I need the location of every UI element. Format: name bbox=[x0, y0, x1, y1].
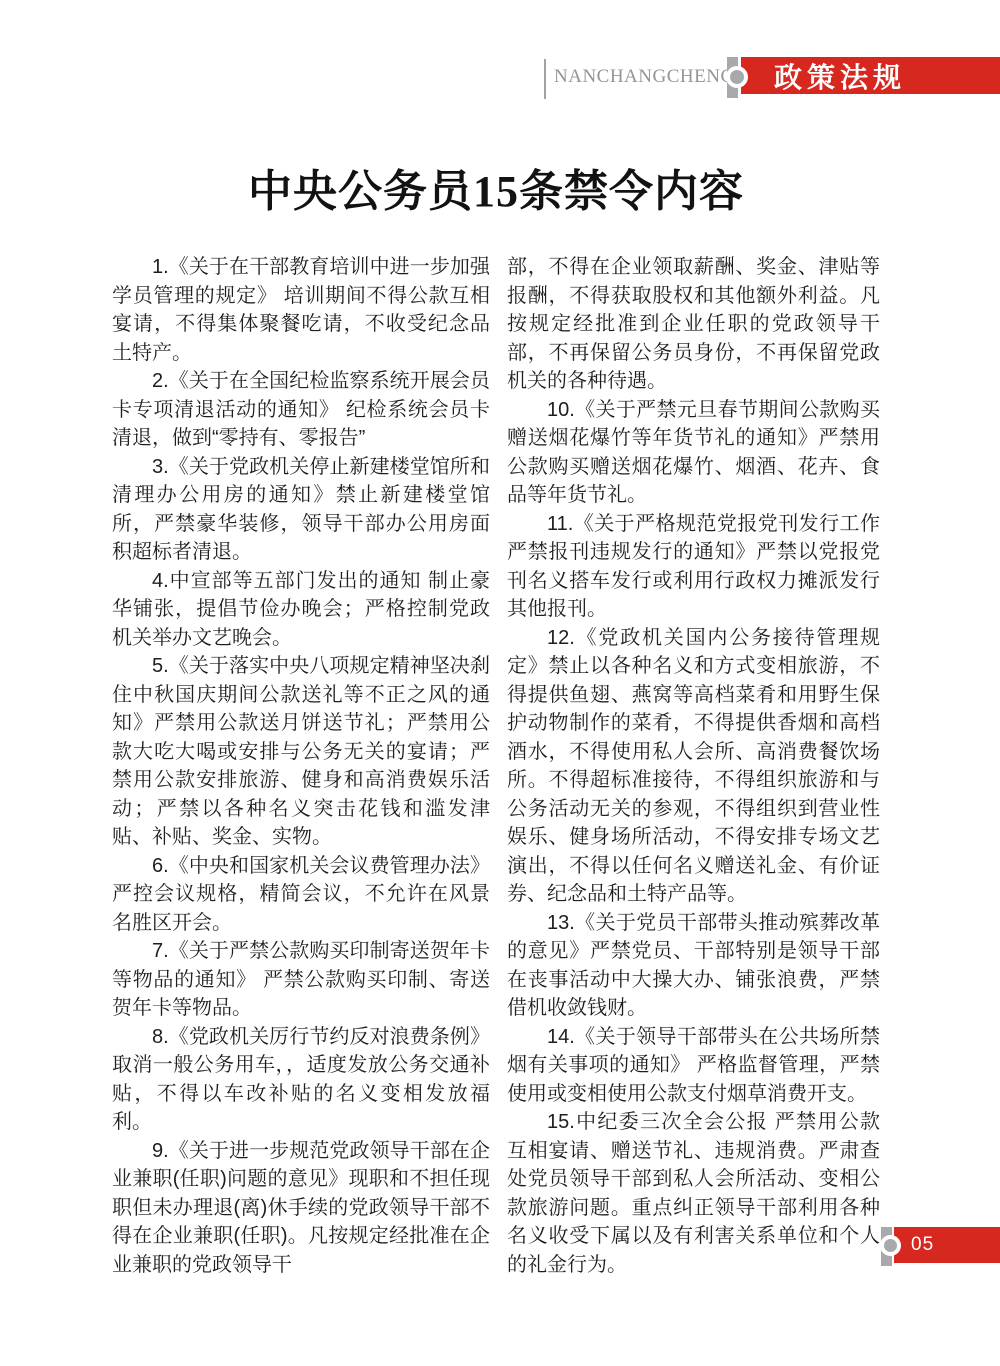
article-item-8: 8.《党政机关厉行节约反对浪费条例》 取消一般公务用车，，适度发放公务交通补贴，… bbox=[112, 1023, 490, 1137]
section-label: 政策法规 bbox=[774, 56, 906, 96]
magazine-page: NANCHANGCHENGTOU 政策法规 中央公务员15条禁令内容 1.《关于… bbox=[0, 0, 1000, 1366]
page-number: 05 bbox=[911, 1234, 934, 1256]
section-banner: 政策法规 bbox=[741, 57, 1000, 94]
article-item-5: 5.《关于落实中央八项规定精神坚决刹住中秋国庆期间公款送礼等不正之风的通知》严禁… bbox=[112, 652, 490, 852]
folio-dot-icon bbox=[880, 1235, 901, 1256]
article-item-3: 3.《关于党政机关停止新建楼堂馆所和清理办公用房的通知》禁止新建楼堂馆所，严禁豪… bbox=[112, 453, 490, 567]
brand-divider-line bbox=[544, 59, 546, 99]
article-item-12: 12.《党政机关国内公务接待管理规定》禁止以各种名义和方式变相旅游，不得提供鱼翅… bbox=[507, 624, 880, 909]
article-item-6: 6.《中央和国家机关会议费管理办法》 严控会议规格，精简会议，不允许在风景名胜区… bbox=[112, 852, 490, 938]
article-item-14: 14.《关于领导干部带头在公共场所禁烟有关事项的通知》 严格监督管理，严禁使用或… bbox=[507, 1023, 880, 1109]
article-item-13: 13.《关于党员干部带头推动殡葬改革的意见》严禁党员、干部特别是领导干部在丧事活… bbox=[507, 909, 880, 1023]
article-item-2: 2.《关于在全国纪检监察系统开展会员卡专项清退活动的通知》 纪检系统会员卡清退，… bbox=[112, 367, 490, 453]
article-item-11: 11.《关于严格规范党报党刊发行工作 严禁报刊违规发行的通知》严禁以党报党刊名义… bbox=[507, 510, 880, 624]
article-item-9: 9.《关于进一步规范党政领导干部在企业兼职(任职)问题的意见》现职和不担任现职但… bbox=[112, 1137, 490, 1280]
article-item-10: 10.《关于严禁元旦春节期间公款购买赠送烟花爆竹等年货节礼的通知》严禁用公款购买… bbox=[507, 396, 880, 510]
right-column: 部，不得在企业领取薪酬、奖金、津贴等报酬，不得获取股权和其他额外利益。凡按规定经… bbox=[507, 253, 880, 1279]
page-title: 中央公务员15条禁令内容 bbox=[0, 155, 992, 219]
article-item-7: 7.《关于严禁公款购买印制寄送贺年卡等物品的通知》 严禁公款购买印制、寄送贺年卡… bbox=[112, 937, 490, 1023]
left-column: 1.《关于在干部教育培训中进一步加强学员管理的规定》 培训期间不得公款互相宴请，… bbox=[112, 253, 490, 1279]
article-item-4: 4.中宣部等五部门发出的通知 制止豪华铺张，提倡节俭办晚会；严格控制党政机关举办… bbox=[112, 567, 490, 653]
article-item-15: 15.中纪委三次全会公报 严禁用公款互相宴请、赠送节礼、违规消费。严肃查处党员领… bbox=[507, 1108, 880, 1279]
connector-dot-icon bbox=[726, 66, 748, 88]
article-item-1: 1.《关于在干部教育培训中进一步加强学员管理的规定》 培训期间不得公款互相宴请，… bbox=[112, 253, 490, 367]
folio-banner: 05 bbox=[894, 1227, 1000, 1263]
article-item-9-continuation: 部，不得在企业领取薪酬、奖金、津贴等报酬，不得获取股权和其他额外利益。凡按规定经… bbox=[507, 253, 880, 396]
